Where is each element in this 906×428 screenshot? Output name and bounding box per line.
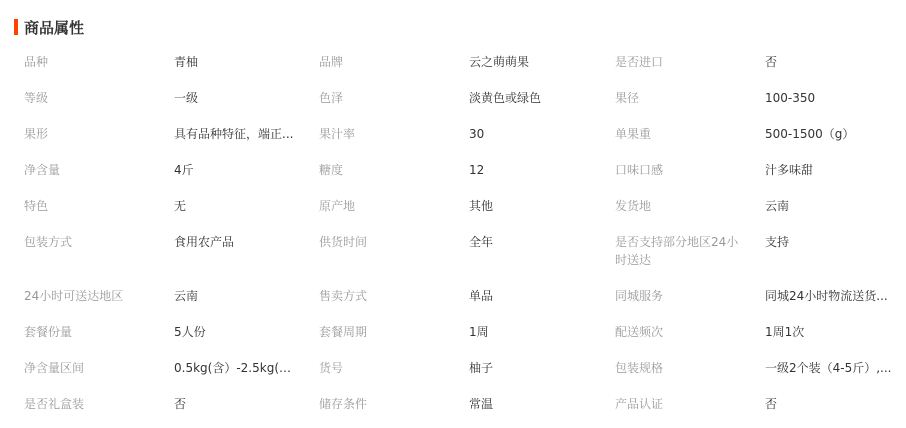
attribute-label-cell: 是否礼盒装 (0, 386, 174, 422)
attribute-label-cell: 等级 (0, 80, 174, 116)
attribute-label: 原产地 (319, 197, 447, 215)
attribute-label-cell: 发货地 (615, 188, 765, 224)
attribute-value: 100-350 (765, 89, 893, 107)
attribute-label-cell: 色泽 (319, 80, 469, 116)
attribute-value-cell: 否 (174, 386, 319, 422)
attribute-value: 5人份 (174, 323, 302, 341)
attribute-label-cell: 果形 (0, 116, 174, 152)
accent-bar-icon (14, 19, 18, 35)
attribute-value: 否 (174, 395, 302, 413)
attribute-label-cell: 净含量 (0, 152, 174, 188)
attribute-label: 是否支持部分地区24小时送达 (615, 233, 741, 269)
attribute-value: 一级 (174, 89, 302, 107)
attribute-value-cell: 全年 (469, 224, 615, 278)
attribute-value: 否 (765, 53, 893, 71)
attribute-value: 12 (469, 161, 597, 179)
attribute-label: 糖度 (319, 161, 447, 179)
attribute-value: 常温 (469, 395, 597, 413)
attribute-label-cell: 配送频次 (615, 314, 765, 350)
attribute-label: 果形 (24, 125, 152, 143)
attribute-value: 否 (765, 395, 893, 413)
attribute-value-cell: 云南 (765, 188, 906, 224)
attribute-label: 单果重 (615, 125, 743, 143)
attribute-value: 0.5kg(含）-2.5kg(不含) (174, 359, 302, 377)
attribute-value-cell: 汁多味甜 (765, 152, 906, 188)
attribute-label-cell: 糖度 (319, 152, 469, 188)
attribute-label-cell: 套餐份量 (0, 314, 174, 350)
attribute-value-cell: 一级 (174, 80, 319, 116)
attribute-value: 其他 (469, 197, 597, 215)
attribute-label: 口味口感 (615, 161, 743, 179)
attributes-table: 品种青柚品牌云之萌萌果是否进口否等级一级色泽淡黄色或绿色果径100-350果形具… (0, 44, 906, 422)
attribute-row: 是否礼盒装否储存条件常温产品认证否 (0, 386, 906, 422)
attribute-label-cell: 品种 (0, 44, 174, 80)
attribute-row: 24小时可送达地区云南售卖方式单品同城服务同城24小时物流送货... (0, 278, 906, 314)
attribute-label: 果径 (615, 89, 743, 107)
attribute-label-cell: 是否支持部分地区24小时送达 (615, 224, 765, 278)
attribute-label: 等级 (24, 89, 152, 107)
attribute-value-cell: 具有品种特征，端正... (174, 116, 319, 152)
attribute-label-cell: 单果重 (615, 116, 765, 152)
attribute-value: 一级2个装（4-5斤）,... (765, 359, 893, 377)
attribute-value-cell: 同城24小时物流送货... (765, 278, 906, 314)
attribute-value: 云之萌萌果 (469, 53, 597, 71)
attribute-value: 无 (174, 197, 302, 215)
attribute-label: 套餐份量 (24, 323, 152, 341)
attribute-value: 云南 (765, 197, 893, 215)
attribute-row: 品种青柚品牌云之萌萌果是否进口否 (0, 44, 906, 80)
attribute-label: 24小时可送达地区 (24, 287, 152, 305)
attribute-value: 4斤 (174, 161, 302, 179)
attribute-label-cell: 24小时可送达地区 (0, 278, 174, 314)
attribute-value: 单品 (469, 287, 597, 305)
attribute-value: 青柚 (174, 53, 302, 71)
attribute-value-cell: 其他 (469, 188, 615, 224)
attribute-label: 品牌 (319, 53, 447, 71)
attribute-label-cell: 产品认证 (615, 386, 765, 422)
attribute-label-cell: 售卖方式 (319, 278, 469, 314)
attribute-value: 1周 (469, 323, 597, 341)
attribute-label: 包装规格 (615, 359, 743, 377)
attribute-label-cell: 特色 (0, 188, 174, 224)
attribute-label-cell: 口味口感 (615, 152, 765, 188)
attribute-value-cell: 柚子 (469, 350, 615, 386)
attribute-value-cell: 12 (469, 152, 615, 188)
attribute-label: 产品认证 (615, 395, 743, 413)
attribute-value-cell: 支持 (765, 224, 906, 278)
attribute-label: 同城服务 (615, 287, 743, 305)
attribute-value: 淡黄色或绿色 (469, 89, 597, 107)
attribute-label: 货号 (319, 359, 447, 377)
attribute-label: 果汁率 (319, 125, 447, 143)
attribute-value: 云南 (174, 287, 302, 305)
attribute-value-cell: 云之萌萌果 (469, 44, 615, 80)
attribute-value-cell: 云南 (174, 278, 319, 314)
attribute-value-cell: 30 (469, 116, 615, 152)
attribute-label: 是否进口 (615, 53, 743, 71)
attribute-value-cell: 常温 (469, 386, 615, 422)
attribute-label: 包装方式 (24, 233, 152, 251)
attribute-value-cell: 否 (765, 44, 906, 80)
attribute-label-cell: 货号 (319, 350, 469, 386)
attribute-label-cell: 果汁率 (319, 116, 469, 152)
attribute-label: 是否礼盒装 (24, 395, 152, 413)
attribute-value: 具有品种特征，端正... (174, 125, 302, 143)
attribute-value: 同城24小时物流送货... (765, 287, 893, 305)
attribute-label-cell: 品牌 (319, 44, 469, 80)
attribute-label-cell: 套餐周期 (319, 314, 469, 350)
attribute-value-cell: 青柚 (174, 44, 319, 80)
attribute-row: 套餐份量5人份套餐周期1周配送频次1周1次 (0, 314, 906, 350)
attribute-value: 汁多味甜 (765, 161, 893, 179)
attribute-label: 套餐周期 (319, 323, 447, 341)
attribute-row: 特色无原产地其他发货地云南 (0, 188, 906, 224)
attribute-row: 等级一级色泽淡黄色或绿色果径100-350 (0, 80, 906, 116)
attribute-value: 30 (469, 125, 597, 143)
attribute-label: 净含量区间 (24, 359, 152, 377)
attribute-label: 特色 (24, 197, 152, 215)
attribute-label-cell: 包装规格 (615, 350, 765, 386)
attribute-value-cell: 否 (765, 386, 906, 422)
attribute-label: 品种 (24, 53, 152, 71)
attribute-label-cell: 原产地 (319, 188, 469, 224)
attribute-label: 储存条件 (319, 395, 447, 413)
attribute-value-cell: 1周 (469, 314, 615, 350)
attribute-label: 配送频次 (615, 323, 743, 341)
attribute-value-cell: 0.5kg(含）-2.5kg(不含) (174, 350, 319, 386)
attribute-label: 发货地 (615, 197, 743, 215)
attribute-row: 净含量区间0.5kg(含）-2.5kg(不含)货号柚子包装规格一级2个装（4-5… (0, 350, 906, 386)
attribute-value: 食用农产品 (174, 233, 302, 251)
attribute-row: 净含量4斤糖度12口味口感汁多味甜 (0, 152, 906, 188)
attribute-value-cell: 100-350 (765, 80, 906, 116)
attribute-label: 净含量 (24, 161, 152, 179)
attribute-label-cell: 同城服务 (615, 278, 765, 314)
attribute-value-cell: 食用农产品 (174, 224, 319, 278)
attribute-label: 供货时间 (319, 233, 447, 251)
attribute-label-cell: 净含量区间 (0, 350, 174, 386)
attribute-value: 支持 (765, 233, 893, 251)
attribute-value: 全年 (469, 233, 597, 251)
attribute-value-cell: 4斤 (174, 152, 319, 188)
attribute-value-cell: 1周1次 (765, 314, 906, 350)
attribute-value: 500-1500（g） (765, 125, 893, 143)
section-header: 商品属性 (14, 16, 84, 38)
attribute-value-cell: 单品 (469, 278, 615, 314)
attribute-value-cell: 5人份 (174, 314, 319, 350)
attribute-row: 果形具有品种特征，端正...果汁率30单果重500-1500（g） (0, 116, 906, 152)
attribute-value-cell: 无 (174, 188, 319, 224)
attribute-value-cell: 一级2个装（4-5斤）,... (765, 350, 906, 386)
attribute-label-cell: 储存条件 (319, 386, 469, 422)
section-title: 商品属性 (24, 17, 84, 38)
attribute-label-cell: 供货时间 (319, 224, 469, 278)
attribute-label: 售卖方式 (319, 287, 447, 305)
attribute-row: 包装方式食用农产品供货时间全年是否支持部分地区24小时送达支持 (0, 224, 906, 278)
attribute-value-cell: 500-1500（g） (765, 116, 906, 152)
attribute-value-cell: 淡黄色或绿色 (469, 80, 615, 116)
product-attributes-panel: 商品属性 品种青柚品牌云之萌萌果是否进口否等级一级色泽淡黄色或绿色果径100-3… (0, 0, 906, 428)
attribute-label-cell: 果径 (615, 80, 765, 116)
attribute-label: 色泽 (319, 89, 447, 107)
attribute-value: 柚子 (469, 359, 597, 377)
attribute-value: 1周1次 (765, 323, 893, 341)
attribute-label-cell: 包装方式 (0, 224, 174, 278)
attribute-label-cell: 是否进口 (615, 44, 765, 80)
